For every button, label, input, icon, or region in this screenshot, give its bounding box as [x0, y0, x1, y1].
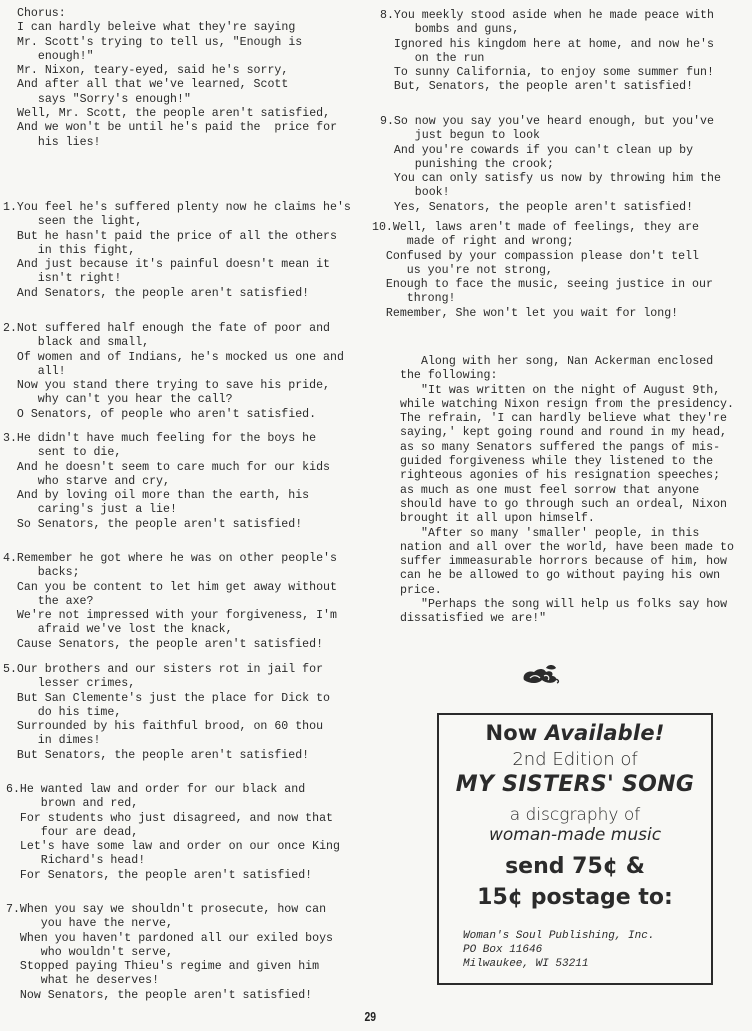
- verse-line: And he doesn't seem to care much for our…: [3, 461, 330, 475]
- verse-line: seen the light,: [3, 215, 351, 229]
- chorus-lines: I can hardly beleive what they're saying…: [17, 21, 337, 150]
- verse-line: Well, Mr. Scott, the people aren't satis…: [17, 107, 337, 121]
- verse-line: 6.He wanted law and order for our black …: [6, 783, 340, 797]
- verse-line: four are dead,: [6, 826, 340, 840]
- verse-line: 3.He didn't have much feeling for the bo…: [3, 432, 330, 446]
- ad-subtitle-line2: woman-made music: [439, 828, 711, 842]
- verse-line: you have the nerve,: [6, 917, 333, 931]
- verse-line: 4.Remember he got where he was on other …: [3, 552, 337, 566]
- verse-line: When you haven't pardoned all our exiled…: [6, 932, 333, 946]
- verse: 6.He wanted law and order for our black …: [6, 783, 340, 883]
- verse-line: But San Clemente's just the place for Di…: [3, 692, 330, 706]
- verse-line: bombs and guns,: [380, 23, 714, 37]
- verse-line: lesser crimes,: [3, 677, 330, 691]
- verse-line: Surrounded by his faithful brood, on 60 …: [3, 720, 330, 734]
- verse-line: Now you stand there trying to save his p…: [3, 379, 344, 393]
- verse-line: what he deserves!: [6, 974, 333, 988]
- verse-line: Enough to face the music, seeing justice…: [372, 278, 713, 292]
- verse-line: caring's just a lie!: [3, 503, 330, 517]
- verse-line: black and small,: [3, 336, 344, 350]
- verse-line: But, Senators, the people aren't satisfi…: [380, 80, 714, 94]
- verse-line: 5.Our brothers and our sisters rot in ja…: [3, 663, 330, 677]
- verse-line: Mr. Scott's trying to tell us, "Enough i…: [17, 36, 337, 50]
- ad-address-line: Woman's Soul Publishing, Inc.: [463, 929, 654, 943]
- verse-line: Richard's head!: [6, 854, 340, 868]
- chorus-heading: Chorus:: [17, 7, 337, 21]
- ad-title: MY SISTERS' SONG: [439, 778, 711, 792]
- ad-headline: Now Available!: [439, 726, 711, 740]
- verse: 2.Not suffered half enough the fate of p…: [3, 322, 344, 422]
- verse-line: says "Sorry's enough!": [17, 93, 337, 107]
- verse-line: For Senators, the people aren't satisfie…: [6, 869, 340, 883]
- verse-line: do his time,: [3, 706, 330, 720]
- verse-line: 8.You meekly stood aside when he made pe…: [380, 9, 714, 23]
- verse-line: who starve and cry,: [3, 475, 330, 489]
- page-number: 29: [364, 1010, 376, 1024]
- verse-line: O Senators, of people who aren't satisfi…: [3, 408, 344, 422]
- ad-edition: 2nd Edition of: [439, 753, 711, 767]
- verse-line: And Senators, the people aren't satisfie…: [3, 287, 351, 301]
- verse-line: just begun to look: [380, 129, 721, 143]
- verse-line: on the run: [380, 52, 714, 66]
- ad-subtitle-line1: a discgraphy of: [439, 808, 711, 822]
- verse-line: Remember, She won't let you wait for lon…: [372, 307, 713, 321]
- commentary-paragraph: "Perhaps the song will help us folks say…: [400, 598, 736, 627]
- verse-line: You can only satisfy us now by throwing …: [380, 172, 721, 186]
- floral-ornament-icon: [520, 662, 562, 686]
- verse-line: sent to die,: [3, 446, 330, 460]
- ad-headline-now: Now: [485, 721, 545, 745]
- verse-line: Yes, Senators, the people aren't satisfi…: [380, 201, 721, 215]
- verse: 8.You meekly stood aside when he made pe…: [380, 9, 714, 95]
- verse-line: Ignored his kingdom here at home, and no…: [380, 38, 714, 52]
- verse-line: For students who just disagreed, and now…: [6, 812, 340, 826]
- verse-line: book!: [380, 186, 721, 200]
- verse-line: afraid we've lost the knack,: [3, 623, 337, 637]
- verse-line: 1.You feel he's suffered plenty now he c…: [3, 201, 351, 215]
- verse: 7.When you say we shouldn't prosecute, h…: [6, 903, 333, 1003]
- verse-line: Can you be content to let him get away w…: [3, 581, 337, 595]
- verse-line: Stopped paying Thieu's regime and given …: [6, 960, 333, 974]
- ad-address: Woman's Soul Publishing, Inc. PO Box 116…: [463, 929, 654, 971]
- verse: 1.You feel he's suffered plenty now he c…: [3, 201, 351, 301]
- verse-line: To sunny California, to enjoy some summe…: [380, 66, 714, 80]
- verse-line: who wouldn't serve,: [6, 946, 333, 960]
- verse-line: all!: [3, 365, 344, 379]
- verse: 5.Our brothers and our sisters rot in ja…: [3, 663, 330, 763]
- verse-line: Of women and of Indians, he's mocked us …: [3, 351, 344, 365]
- advertisement-box: Now Available! 2nd Edition of MY SISTERS…: [437, 713, 713, 985]
- commentary-paragraph: Along with her song, Nan Ackerman enclos…: [400, 355, 736, 384]
- verse-line: But he hasn't paid the price of all the …: [3, 230, 351, 244]
- verse-line: why can't you hear the call?: [3, 393, 344, 407]
- commentary-paragraph: "After so many 'smaller' people, in this…: [400, 527, 736, 598]
- verse-line: Mr. Nixon, teary-eyed, said he's sorry,: [17, 64, 337, 78]
- ad-price-line2: 15¢ postage to:: [439, 891, 711, 905]
- verse-line: 9.So now you say you've heard enough, bu…: [380, 115, 721, 129]
- verse-line: And we won't be until he's paid the pric…: [17, 121, 337, 135]
- verse-line: isn't right!: [3, 272, 351, 286]
- verse-line: And by loving oil more than the earth, h…: [3, 489, 330, 503]
- verse-line: But Senators, the people aren't satisfie…: [3, 749, 330, 763]
- chorus: Chorus: I can hardly beleive what they'r…: [17, 7, 337, 150]
- verse-line: the axe?: [3, 595, 337, 609]
- verse-line: 10.Well, laws aren't made of feelings, t…: [372, 221, 713, 235]
- verse-line: So Senators, the people aren't satisfied…: [3, 518, 330, 532]
- ad-headline-available: Available!: [545, 721, 665, 745]
- verse-line: Cause Senators, the people aren't satisf…: [3, 638, 337, 652]
- commentary: Along with her song, Nan Ackerman enclos…: [400, 355, 736, 627]
- verse: 9.So now you say you've heard enough, bu…: [380, 115, 721, 215]
- verse-line: 2.Not suffered half enough the fate of p…: [3, 322, 344, 336]
- verse-line: Now Senators, the people aren't satisfie…: [6, 989, 333, 1003]
- verse-line: his lies!: [17, 136, 337, 150]
- verse-line: Let's have some law and order on our onc…: [6, 840, 340, 854]
- verse-line: I can hardly beleive what they're saying: [17, 21, 337, 35]
- verse-line: And just because it's painful doesn't me…: [3, 258, 351, 272]
- verse-line: We're not impressed with your forgivenes…: [3, 609, 337, 623]
- ad-address-line: Milwaukee, WI 53211: [463, 957, 654, 971]
- verse-line: And after all that we've learned, Scott: [17, 78, 337, 92]
- verse-line: backs;: [3, 566, 337, 580]
- ad-address-line: PO Box 11646: [463, 943, 654, 957]
- verse-line: And you're cowards if you can't clean up…: [380, 144, 721, 158]
- verse-line: brown and red,: [6, 797, 340, 811]
- verse: 10.Well, laws aren't made of feelings, t…: [372, 221, 713, 321]
- verse-line: punishing the crook;: [380, 158, 721, 172]
- verse-line: us you're not strong,: [372, 264, 713, 278]
- ad-price-line1: send 75¢ &: [439, 860, 711, 874]
- verse-line: in dimes!: [3, 734, 330, 748]
- verse: 3.He didn't have much feeling for the bo…: [3, 432, 330, 532]
- verse-line: throng!: [372, 292, 713, 306]
- verse-line: Confused by your compassion please don't…: [372, 250, 713, 264]
- verse: 4.Remember he got where he was on other …: [3, 552, 337, 652]
- verse-line: 7.When you say we shouldn't prosecute, h…: [6, 903, 333, 917]
- verse-line: enough!": [17, 50, 337, 64]
- verse-line: in this fight,: [3, 244, 351, 258]
- commentary-paragraph: "It was written on the night of August 9…: [400, 384, 736, 527]
- verse-line: made of right and wrong;: [372, 235, 713, 249]
